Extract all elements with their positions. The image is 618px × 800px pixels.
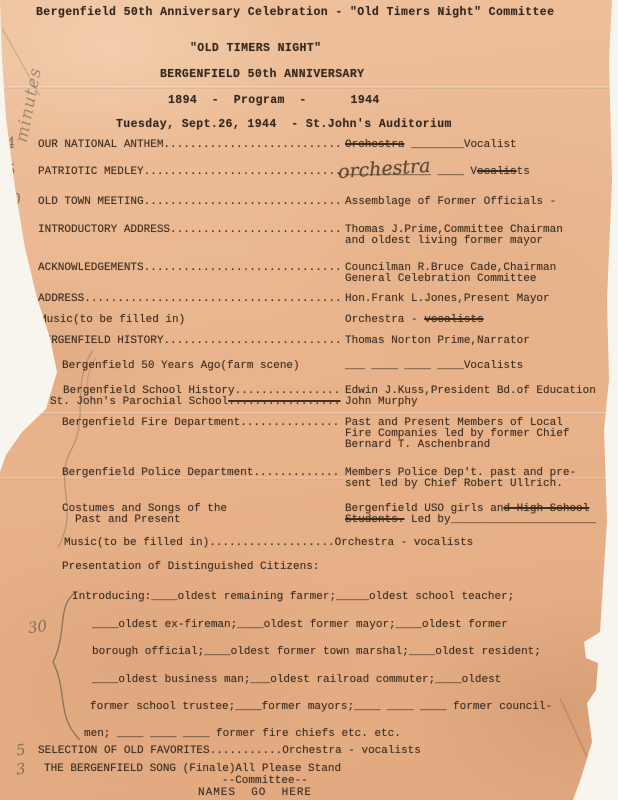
minutes-note: 10 bbox=[1, 190, 22, 210]
minutes-note: 30 bbox=[27, 617, 48, 637]
minutes-note: 5 bbox=[15, 740, 27, 759]
struck-text: Students. bbox=[345, 514, 404, 526]
row-label: Music(to be filled in) bbox=[64, 537, 209, 549]
handwritten-orchestra: orchestra bbox=[337, 155, 431, 183]
scanned-document: minutes Bergenfield 50th Anniversary Cel… bbox=[0, 0, 618, 800]
leader-dots: ....................................... bbox=[84, 293, 341, 305]
program-row-bergenfield-song: THE BERGENFIELD SONG (Finale)All Please … bbox=[44, 764, 341, 775]
row-value: Bernard T. Aschenbrand bbox=[345, 440, 569, 451]
program-row-police-department: Bergenfield Police Department...........… bbox=[62, 468, 339, 479]
leader-dots: .............................. bbox=[144, 196, 342, 208]
page-title: "OLD TIMERS NIGHT" bbox=[190, 42, 321, 55]
row-label: BERGENFIELD HISTORY bbox=[38, 335, 163, 347]
leader-dots: .......................... bbox=[170, 224, 342, 236]
row-value: ts bbox=[517, 166, 530, 178]
row-label: SELECTION OF OLD FAVORITES bbox=[38, 745, 210, 757]
program-row-patriotic-medley: PATRIOTIC MEDLEY........................… bbox=[38, 167, 342, 178]
program-row-music-1: Music(to be filled in)Orchestra - vocali… bbox=[40, 315, 185, 326]
row-label: Bergenfield Fire Department bbox=[62, 417, 240, 429]
footer-committee: --Committee-- bbox=[222, 776, 308, 787]
program-row-50-years-ago: Bergenfield 50 Years Ago(farm scene)___ … bbox=[62, 361, 300, 372]
row-label: Bergenfield Police Department bbox=[62, 467, 253, 479]
minutes-note: 3 bbox=[4, 219, 16, 238]
row-value: John Murphy bbox=[345, 397, 596, 408]
introducing-line: former school trustee;____former mayors;… bbox=[90, 702, 552, 713]
leader-dots: .............................. bbox=[144, 262, 342, 274]
struck-text: Orchestra bbox=[345, 139, 404, 151]
paper-crease bbox=[0, 412, 618, 415]
leader-dots: .............................. bbox=[144, 166, 342, 178]
row-label: Past and Present bbox=[75, 515, 227, 526]
program-row-acknowledgements: ACKNOWLEDGEMENTS........................… bbox=[38, 263, 342, 274]
introducing-line: Introducing:____oldest remaining farmer;… bbox=[72, 592, 514, 603]
struck-dots: ................. bbox=[228, 396, 340, 408]
leader-dots: ............. bbox=[253, 467, 339, 479]
introducing-line: ____oldest ex-fireman;____oldest former … bbox=[92, 620, 508, 631]
row-value: Led by bbox=[404, 514, 450, 526]
program-row-address: ADDRESS.................................… bbox=[38, 294, 342, 305]
minutes-note: 3 bbox=[15, 759, 27, 778]
row-value: Vocalist bbox=[464, 139, 517, 151]
minutes-note: 10 bbox=[0, 330, 21, 350]
row-label: OLD TOWN MEETING bbox=[38, 196, 144, 208]
row-value: Thomas Norton Prime,Narrator bbox=[345, 336, 530, 347]
row-value: Orchestra - bbox=[345, 314, 424, 326]
section-heading-presentation: Presentation of Distinguished Citizens: bbox=[62, 562, 319, 573]
program-row-school-history: Bergenfield School History..............… bbox=[50, 386, 340, 408]
row-value: Orchestra - vocalists bbox=[335, 537, 474, 549]
document-header-line: Bergenfield 50th Anniversary Celebration… bbox=[36, 6, 554, 19]
struck-text: ocalis bbox=[477, 166, 517, 178]
introducing-line: men; ____ ____ ____ former fire chiefs e… bbox=[84, 729, 401, 740]
row-label: St. John's Parochial School bbox=[50, 396, 228, 408]
row-label: OUR NATIONAL ANTHEM bbox=[38, 139, 163, 151]
row-value: General Celebration Committee bbox=[345, 274, 556, 285]
row-value: Orchestra - vocalists bbox=[282, 745, 421, 757]
row-label: PATRIOTIC MEDLEY bbox=[38, 166, 144, 178]
program-row-costumes-songs: Costumes and Songs of thePast and Presen… bbox=[62, 504, 227, 526]
introducing-line: borough official;____oldest former town … bbox=[92, 647, 541, 658]
blank-line: ______________________ bbox=[451, 514, 596, 526]
fold-crease-diagonal bbox=[560, 698, 606, 798]
paper-crease bbox=[0, 86, 618, 89]
leader-dots: ........... bbox=[210, 745, 283, 757]
struck-text: vocalists bbox=[424, 314, 483, 326]
program-row-introductory-address: INTRODUCTORY ADDRESS....................… bbox=[38, 225, 342, 236]
blank-line: ___ ____ ____ ____ bbox=[345, 360, 464, 372]
introducing-line: ____oldest business man;___oldest railro… bbox=[92, 675, 501, 686]
row-label: ACKNOWLEDGEMENTS bbox=[38, 262, 144, 274]
row-value: Vocalists bbox=[464, 360, 523, 372]
program-row-old-favorites: SELECTION OF OLD FAVORITES...........Orc… bbox=[38, 746, 421, 757]
program-years-line: 1894 - Program - 1944 bbox=[168, 94, 380, 107]
program-row-music-2: Music(to be filled in)..................… bbox=[64, 538, 473, 549]
program-row-fire-department: Bergenfield Fire Department.............… bbox=[62, 418, 339, 429]
leader-dots: ................... bbox=[209, 537, 334, 549]
page-subtitle: BERGENFIELD 50th ANNIVERSARY bbox=[160, 68, 364, 81]
row-label: INTRODUCTORY ADDRESS bbox=[38, 224, 170, 236]
row-value: sent led by Chief Robert Ullrich. bbox=[345, 479, 576, 490]
leader-dots: ........................... bbox=[163, 335, 341, 347]
minutes-note: 4 bbox=[5, 133, 17, 152]
minutes-note: 5 bbox=[12, 287, 24, 306]
row-label: ADDRESS bbox=[38, 293, 84, 305]
row-value: Hon.Frank L.Jones,Present Mayor bbox=[345, 294, 550, 305]
program-row-bergenfield-history: BERGENFIELD HISTORY.....................… bbox=[38, 336, 342, 347]
row-value: and oldest living former mayor bbox=[345, 236, 563, 247]
blank-line: ________ bbox=[404, 139, 463, 151]
date-venue-line: Tuesday, Sept.26, 1944 - St.John's Audit… bbox=[116, 118, 452, 131]
footer-names-placeholder: NAMES GO HERE bbox=[198, 788, 312, 799]
program-row-old-town-meeting: OLD TOWN MEETING........................… bbox=[38, 197, 342, 208]
leader-dots: ........................... bbox=[163, 139, 341, 151]
row-label: Bergenfield 50 Years Ago(farm scene) bbox=[62, 360, 300, 372]
paper-sheet: minutes Bergenfield 50th Anniversary Cel… bbox=[0, 0, 618, 800]
pencil-brace bbox=[53, 592, 80, 740]
row-value: Assemblage of Former Officials - bbox=[345, 197, 556, 208]
program-row-national-anthem: OUR NATIONAL ANTHEM.....................… bbox=[38, 140, 342, 151]
leader-dots: ............... bbox=[240, 417, 339, 429]
row-label: Music(to be filled in) bbox=[40, 314, 185, 326]
